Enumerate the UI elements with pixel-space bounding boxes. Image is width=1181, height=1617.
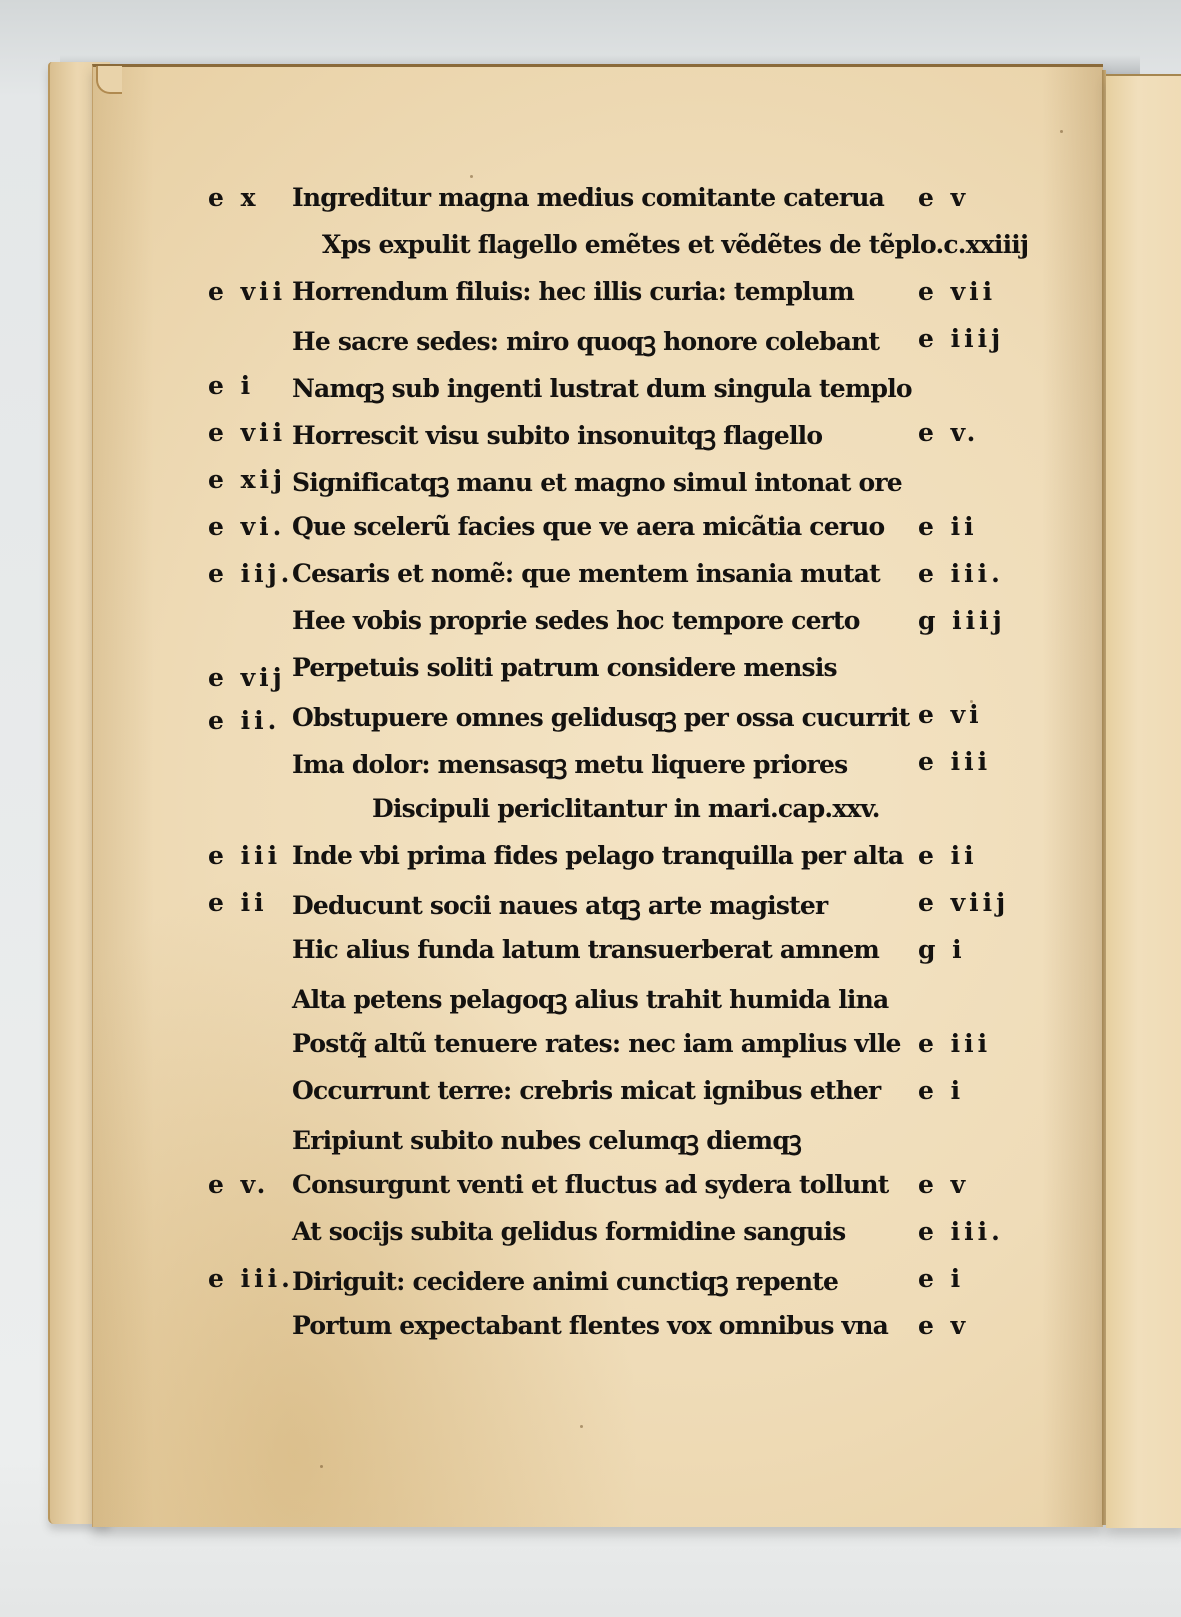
- verse-line: Obstupuere omnes gelidusqꝫ per ossa cucu…: [292, 700, 909, 734]
- left-margin-reference: e ii.: [208, 706, 280, 735]
- verse-line: Ingreditur magna medius comitante cateru…: [292, 183, 884, 212]
- chapter-heading-text: Discipuli periclitantur in mari.cap.xxv.: [372, 794, 880, 823]
- left-margin-reference: e iij.: [208, 559, 293, 588]
- text-line: At socijs subita gelidus formidine sangu…: [0, 1217, 1181, 1263]
- left-margin-reference: e vi.: [208, 512, 285, 541]
- verse-line: He sacre sedes: miro quoqꝫ honore coleba…: [292, 324, 879, 358]
- right-margin-reference: e vi: [918, 700, 983, 729]
- text-line: e iij. Cesaris et nomẽ: que mentem insan…: [0, 559, 1181, 605]
- verse-line: Alta petens pelagoqꝫ alius trahit humida…: [292, 982, 888, 1016]
- verse-line: Que scelerũ facies que ve aera micãtia c…: [292, 512, 884, 541]
- text-line: Eripiunt subito nubes celumqꝫ diemqꝫ: [0, 1123, 1181, 1169]
- text-line: e vij Perpetuis soliti patrum considere …: [0, 653, 1181, 699]
- right-margin-reference: e iiij: [918, 324, 1004, 353]
- verse-line: Namqꝫ sub ingenti lustrat dum singula te…: [292, 371, 912, 405]
- verse-line: Eripiunt subito nubes celumqꝫ diemqꝫ: [292, 1123, 801, 1157]
- text-line: e x Ingreditur magna medius comitante ca…: [0, 183, 1181, 229]
- paper-speck: [580, 1425, 583, 1428]
- verse-line: Deducunt socii naues atqꝫ arte magister: [292, 888, 827, 922]
- right-margin-reference: e viij: [918, 888, 1009, 917]
- right-margin-reference: e ii: [918, 512, 978, 541]
- text-line: e vi. Que scelerũ facies que ve aera mic…: [0, 512, 1181, 558]
- verse-line: At socijs subita gelidus formidine sangu…: [292, 1217, 845, 1246]
- text-line: Postq̃ altũ tenuere rates: nec iam ampli…: [0, 1029, 1181, 1075]
- left-margin-reference: e ii: [208, 888, 268, 917]
- verse-line: Postq̃ altũ tenuere rates: nec iam ampli…: [292, 1029, 901, 1058]
- text-line: Alta petens pelagoqꝫ alius trahit humida…: [0, 982, 1181, 1028]
- right-margin-reference: g iiij: [918, 606, 1006, 635]
- text-line: Hic alius funda latum transuerberat amne…: [0, 935, 1181, 981]
- left-margin-reference: e iii.: [208, 1264, 294, 1293]
- verse-line: Diriguit: cecidere animi cunctiqꝫ repent…: [292, 1264, 838, 1298]
- text-line: He sacre sedes: miro quoqꝫ honore coleba…: [0, 324, 1181, 370]
- verse-line: Portum expectabant flentes vox omnibus v…: [292, 1311, 888, 1340]
- chapter-heading-text: Xps expulit flagello emẽtes et vẽdẽtes d…: [322, 230, 1028, 259]
- text-line: e vii Horrendum filuis: hec illis curia:…: [0, 277, 1181, 323]
- paper-speck: [320, 1465, 323, 1468]
- right-margin-reference: e v: [918, 1311, 969, 1340]
- text-line: e iii Inde vbi prima fides pelago tranqu…: [0, 841, 1181, 887]
- text-line: e iii. Diriguit: cecidere animi cunctiqꝫ…: [0, 1264, 1181, 1310]
- right-margin-reference: g i: [918, 935, 966, 964]
- text-line: e v. Consurgunt venti et fluctus ad syde…: [0, 1170, 1181, 1216]
- text-line: Occurrunt terre: crebris micat ignibus e…: [0, 1076, 1181, 1122]
- text-line: e vii Horrescit visu subito insonuitqꝫ f…: [0, 418, 1181, 464]
- verse-line: Perpetuis soliti patrum considere mensis: [292, 653, 837, 682]
- left-margin-reference: e vii: [208, 277, 286, 306]
- left-margin-reference: e v.: [208, 1170, 269, 1199]
- page-corner-fold: [96, 66, 122, 94]
- left-margin-reference: e vij: [208, 663, 286, 692]
- left-margin-reference: e iii: [208, 841, 281, 870]
- paper-speck: [470, 175, 473, 178]
- chapter-heading: Discipuli periclitantur in mari.cap.xxv.: [0, 794, 1181, 840]
- text-line: e xij Significatqꝫ manu et magno simul i…: [0, 465, 1181, 511]
- right-margin-reference: e v: [918, 183, 969, 212]
- left-margin-reference: e xij: [208, 465, 286, 494]
- left-margin-reference: e i: [208, 371, 254, 400]
- paper-speck: [1060, 130, 1063, 133]
- text-line: Portum expectabant flentes vox omnibus v…: [0, 1311, 1181, 1357]
- verse-line: Hee vobis proprie sedes hoc tempore cert…: [292, 606, 860, 635]
- right-margin-reference: e v.: [918, 418, 979, 447]
- right-margin-reference: e vii: [918, 277, 996, 306]
- verse-line: Ima dolor: mensasqꝫ metu liquere priores: [292, 747, 847, 781]
- verse-line: Horrendum filuis: hec illis curia: templ…: [292, 277, 854, 306]
- right-margin-reference: e i: [918, 1264, 964, 1293]
- right-margin-reference: e iii: [918, 1029, 991, 1058]
- verse-line: Occurrunt terre: crebris micat ignibus e…: [292, 1076, 880, 1105]
- verse-line: Horrescit visu subito insonuitqꝫ flagell…: [292, 418, 822, 452]
- right-margin-reference: e ii: [918, 841, 978, 870]
- text-line: e ii. Obstupuere omnes gelidusqꝫ per oss…: [0, 700, 1181, 746]
- text-line: e i Namqꝫ sub ingenti lustrat dum singul…: [0, 371, 1181, 417]
- right-margin-reference: e iii.: [918, 1217, 1004, 1246]
- left-margin-reference: e vii: [208, 418, 286, 447]
- left-margin-reference: e x: [208, 183, 260, 212]
- right-margin-reference: e iii: [918, 747, 991, 776]
- verse-line: Cesaris et nomẽ: que mentem insania muta…: [292, 559, 880, 588]
- verse-line: Significatqꝫ manu et magno simul intonat…: [292, 465, 902, 499]
- right-margin-reference: e v: [918, 1170, 969, 1199]
- text-line: e ii Deducunt socii naues atqꝫ arte magi…: [0, 888, 1181, 934]
- right-margin-reference: e i: [918, 1076, 964, 1105]
- verse-line: Consurgunt venti et fluctus ad sydera to…: [292, 1170, 888, 1199]
- chapter-heading: Xps expulit flagello emẽtes et vẽdẽtes d…: [0, 230, 1181, 276]
- text-line: Ima dolor: mensasqꝫ metu liquere priores…: [0, 747, 1181, 793]
- verse-line: Hic alius funda latum transuerberat amne…: [292, 935, 879, 964]
- text-line: Hee vobis proprie sedes hoc tempore cert…: [0, 606, 1181, 652]
- right-margin-reference: e iii.: [918, 559, 1004, 588]
- verse-line: Inde vbi prima fides pelago tranquilla p…: [292, 841, 903, 870]
